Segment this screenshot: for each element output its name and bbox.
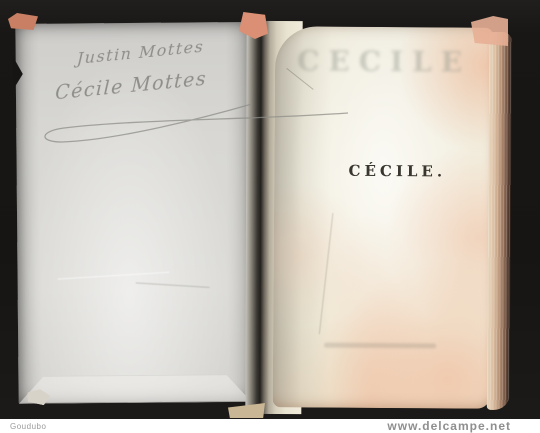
seller-watermark: Goudubo — [10, 422, 46, 431]
torn-edge-notch — [13, 56, 23, 90]
book-title: CÉCILE. — [297, 161, 497, 180]
listing-photo-frame: Justin Mottes Cécile Mottes CECILE CÉCIL… — [0, 0, 540, 433]
page-stack-fore-edge — [487, 32, 513, 410]
paper-crease — [136, 282, 210, 288]
delcampe-watermark: www.delcampe.net — [387, 419, 511, 433]
handwriting-owner-name-2: Cécile Mottes — [55, 68, 208, 105]
book-photo: Justin Mottes Cécile Mottes CECILE CÉCIL… — [0, 0, 540, 419]
inside-cover-page: Justin Mottes Cécile Mottes — [15, 22, 251, 403]
handwriting-owner-name-1: Justin Mottes — [76, 37, 204, 68]
cover-turn-in-shading — [18, 374, 251, 404]
paper-crease — [58, 272, 170, 280]
faint-imprint-smudge — [324, 343, 436, 349]
torn-paper-bit-top-left — [8, 13, 38, 30]
watermark-bar: Goudubo www.delcampe.net — [0, 419, 540, 433]
spine-tail-bit-bottom — [228, 403, 265, 418]
title-page: CECILE CÉCILE. — [273, 26, 494, 409]
ghost-title-showthrough: CECILE — [275, 44, 493, 79]
paper-crease — [319, 213, 334, 334]
torn-paper-bit-top-right — [471, 16, 508, 46]
